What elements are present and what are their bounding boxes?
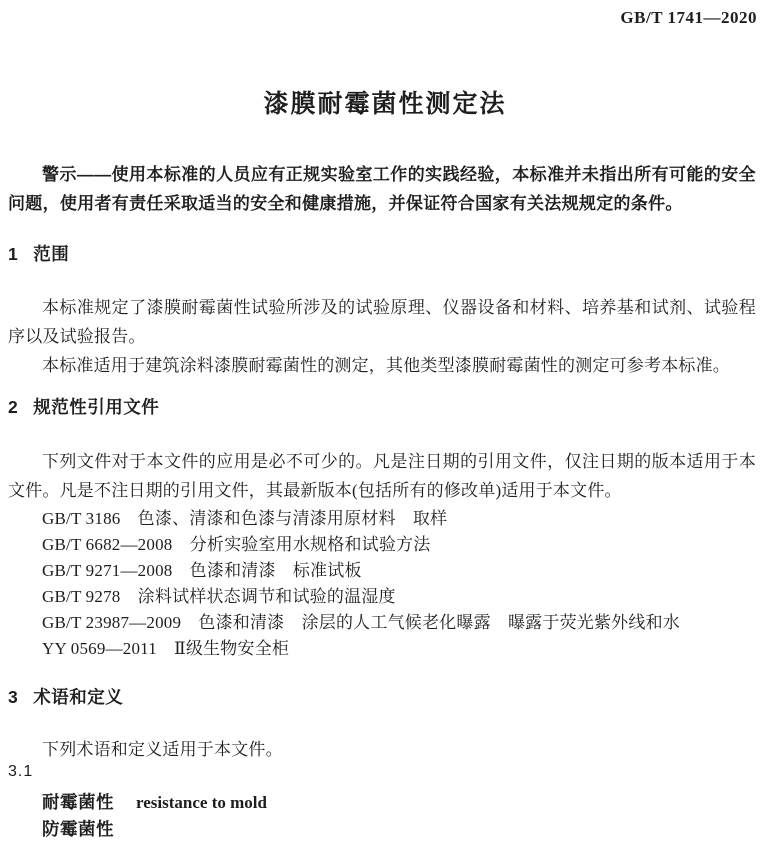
reference-item: YY 0569—2011 Ⅱ级生物安全柜 [42,636,756,662]
section-number: 1 [8,244,18,265]
term-clause-number: 3.1 [8,763,33,781]
section-title: 范围 [33,244,69,264]
term-synonym: 防霉菌性 [42,816,114,841]
reference-item: GB/T 9278 涂料试样状态调节和试验的温湿度 [42,584,756,610]
section-title: 规范性引用文件 [33,397,159,417]
warning-paragraph: 警示——使用本标准的人员应有正规实验室工作的实践经验，本标准并未指出所有可能的安… [8,160,756,218]
term-name-en: resistance to mold [136,793,267,812]
normative-references-intro: 下列文件对于本文件的应用是必不可少的。凡是注日期的引用文件，仅注日期的版本适用于… [8,447,756,505]
scope-paragraph-2: 本标准适用于建筑涂料漆膜耐霉菌性的测定，其他类型漆膜耐霉菌性的测定可参考本标准。 [8,351,756,380]
term-name-zh: 耐霉菌性 [42,792,114,812]
reference-item: GB/T 3186 色漆、清漆和色漆与清漆用原材料 取样 [42,506,756,532]
section-title: 术语和定义 [33,687,123,707]
section-heading-terms: 3术语和定义 [8,684,123,709]
section-number: 3 [8,687,18,708]
document-page: GB/T 1741—2020 漆膜耐霉菌性测定法 警示——使用本标准的人员应有正… [0,0,770,842]
reference-item: GB/T 23987—2009 色漆和清漆 涂层的人工气候老化曝露 曝露于荧光紫… [42,610,756,636]
term-definition-line: 耐霉菌性resistance to mold [42,789,267,814]
section-heading-normative-references: 2规范性引用文件 [8,394,159,419]
normative-references-list: GB/T 3186 色漆、清漆和色漆与清漆用原材料 取样 GB/T 6682—2… [42,506,756,662]
standard-number: GB/T 1741—2020 [620,8,757,28]
section-number: 2 [8,397,18,418]
section-heading-scope: 1范围 [8,241,69,266]
terms-intro: 下列术语和定义适用于本文件。 [8,735,756,764]
reference-item: GB/T 9271—2008 色漆和清漆 标准试板 [42,558,756,584]
document-title: 漆膜耐霉菌性测定法 [0,84,770,120]
scope-paragraph-1: 本标准规定了漆膜耐霉菌性试验所涉及的试验原理、仪器设备和材料、培养基和试剂、试验… [8,293,756,351]
reference-item: GB/T 6682—2008 分析实验室用水规格和试验方法 [42,532,756,558]
